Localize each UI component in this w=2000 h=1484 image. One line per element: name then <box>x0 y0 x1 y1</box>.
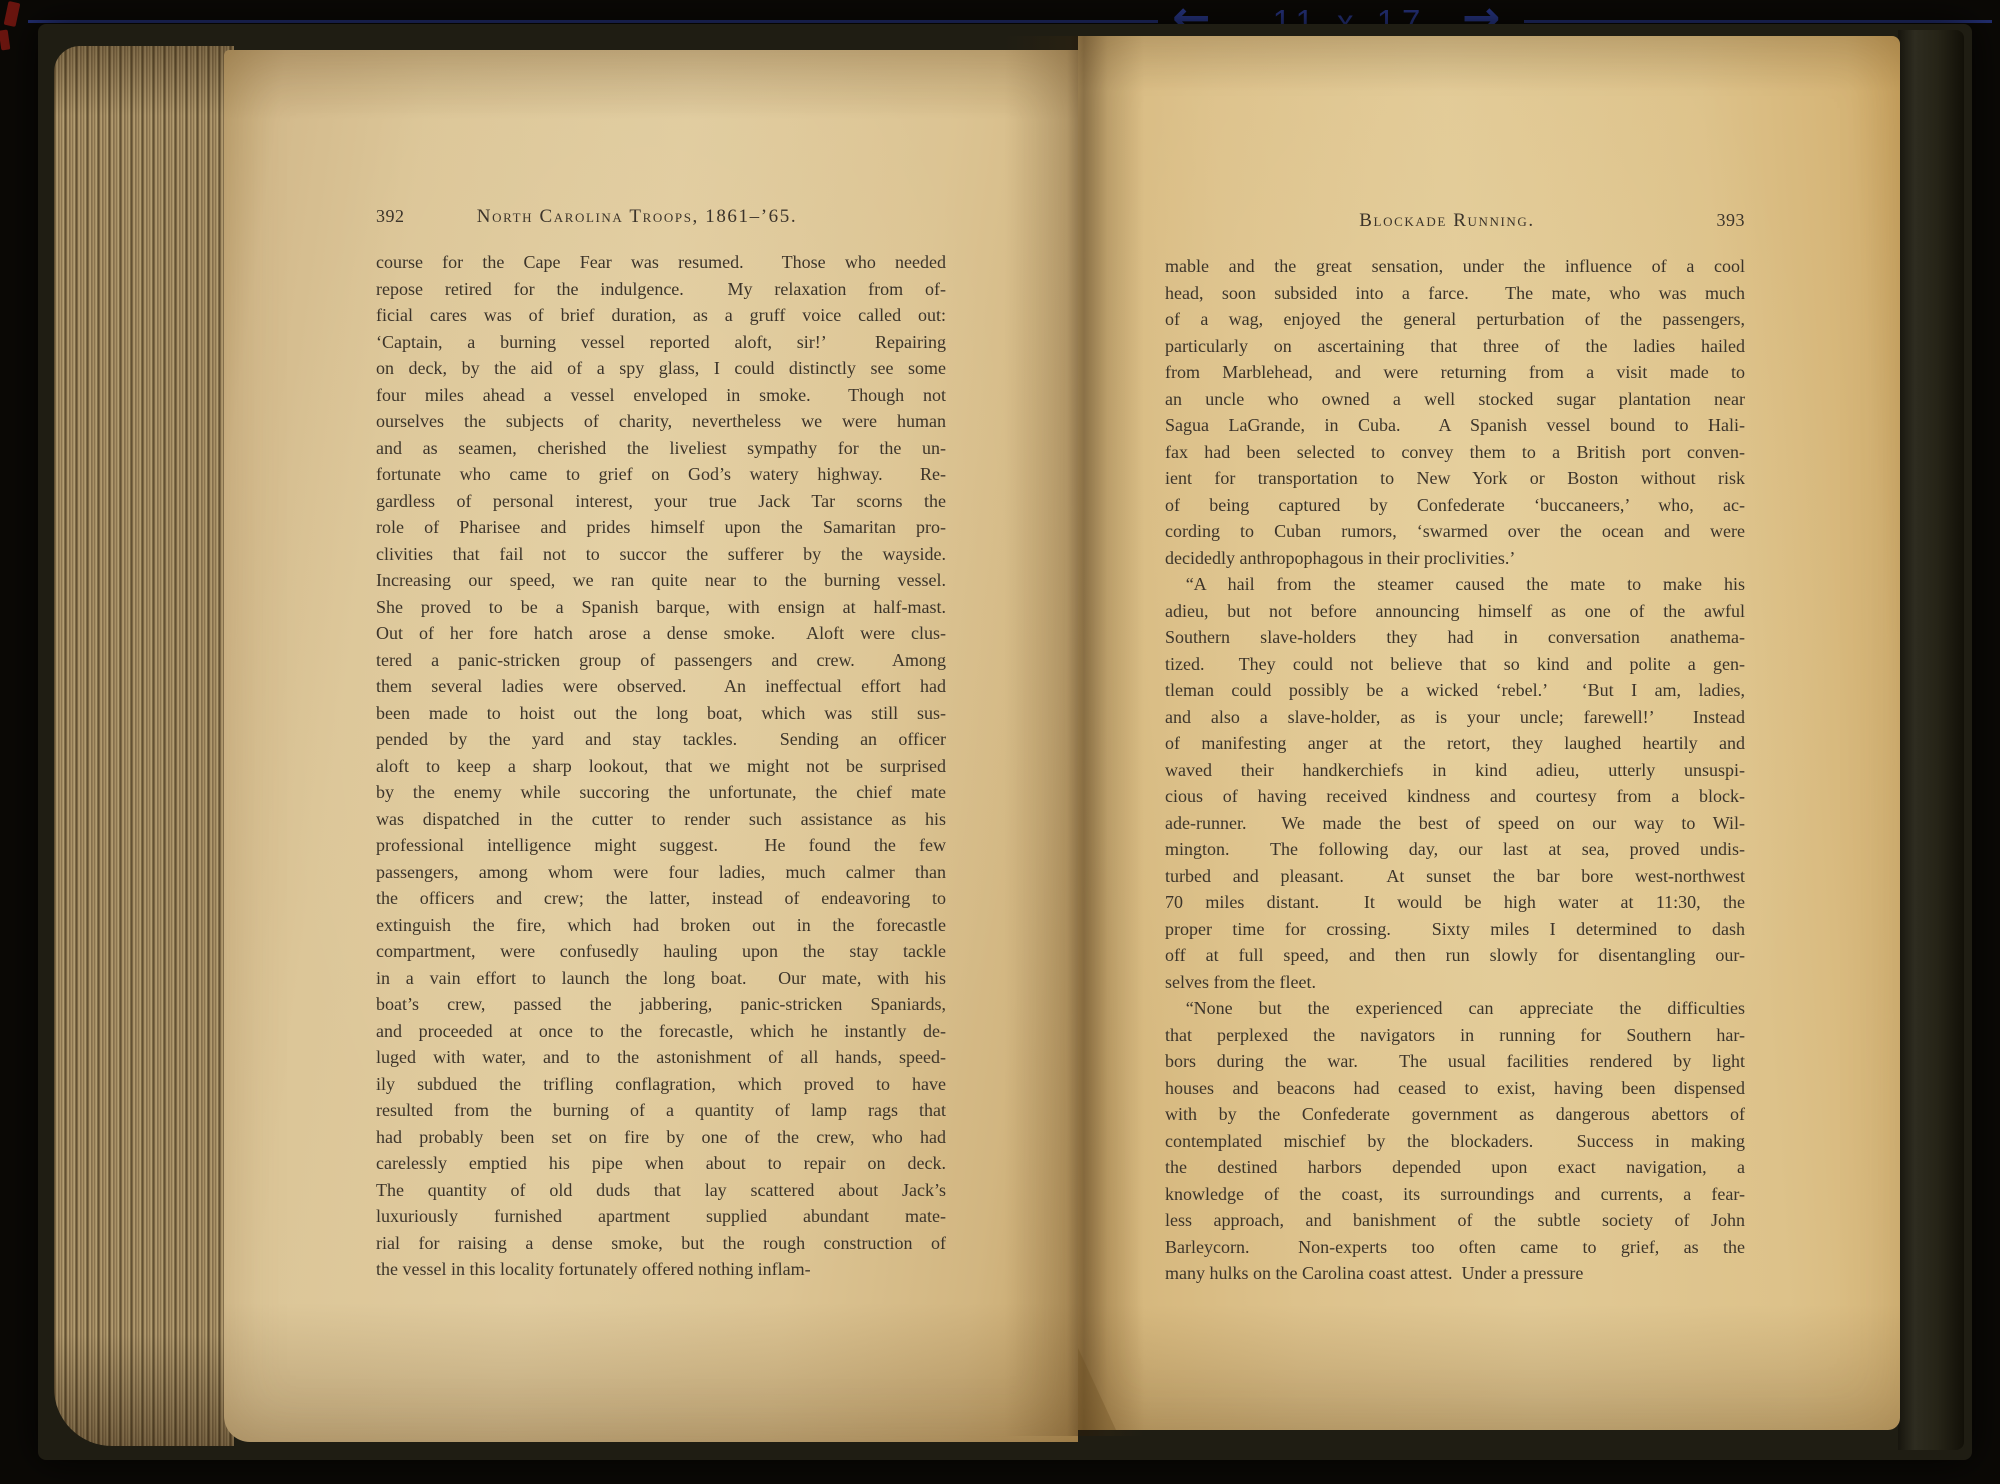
text-line: She proved to be a Spanish barque, with … <box>376 594 946 621</box>
text-line: ade-runner. We made the best of speed on… <box>1165 810 1745 837</box>
text-line: passengers, among whom were four ladies,… <box>376 859 946 886</box>
text-line: The quantity of old duds that lay scatte… <box>376 1177 946 1204</box>
text-line: mable and the great sensation, under the… <box>1165 253 1745 280</box>
text-line: ficial cares was of brief duration, as a… <box>376 302 946 329</box>
text-line: clivities that fail not to succor the su… <box>376 541 946 568</box>
text-line: less approach, and banishment of the sub… <box>1165 1207 1745 1234</box>
text-line: of a wag, enjoyed the general perturbati… <box>1165 306 1745 333</box>
text-line: mington. The following day, our last at … <box>1165 836 1745 863</box>
text-line: ily subdued the trifling conflagration, … <box>376 1071 946 1098</box>
scanner-ruler-line-right <box>1524 20 1992 23</box>
text-line: houses and beacons had ceased to exist, … <box>1165 1075 1745 1102</box>
text-line: course for the Cape Fear was resumed. Th… <box>376 249 946 276</box>
text-line: luged with water, and to the astonishmen… <box>376 1044 946 1071</box>
red-registration-mark <box>0 29 10 50</box>
text-line: Barleycorn. Non-experts too often came t… <box>1165 1234 1745 1261</box>
text-line: particularly on ascertaining that three … <box>1165 333 1745 360</box>
text-line: the destined harbors depended upon exact… <box>1165 1154 1745 1181</box>
text-line: Out of her fore hatch arose a dense smok… <box>376 620 946 647</box>
text-line: and as seamen, cherished the liveliest s… <box>376 435 946 462</box>
text-line: “A hail from the steamer caused the mate… <box>1165 571 1745 598</box>
text-line: extinguish the fire, which had broken ou… <box>376 912 946 939</box>
left-page-header: 392 North Carolina Troops, 1861–’65. <box>376 206 946 232</box>
text-line: resulted from the burning of a quantity … <box>376 1097 946 1124</box>
text-line: Increasing our speed, we ran quite near … <box>376 567 946 594</box>
text-line: gardless of personal interest, your true… <box>376 488 946 515</box>
text-line: knowledge of the coast, its surroundings… <box>1165 1181 1745 1208</box>
text-line: tized. They could not believe that so ki… <box>1165 651 1745 678</box>
text-line: the officers and crew; the latter, inste… <box>376 885 946 912</box>
text-line: ourselves the subjects of charity, never… <box>376 408 946 435</box>
text-line: 70 miles distant. It would be high water… <box>1165 889 1745 916</box>
text-line: four miles ahead a vessel enveloped in s… <box>376 382 946 409</box>
text-line: many hulks on the Carolina coast attest.… <box>1165 1260 1745 1287</box>
text-line: head, soon subsided into a farce. The ma… <box>1165 280 1745 307</box>
text-line: and proceeded at once to the forecastle,… <box>376 1018 946 1045</box>
text-line: Southern slave-holders they had in conve… <box>1165 624 1745 651</box>
text-line: on deck, by the aid of a spy glass, I co… <box>376 355 946 382</box>
paragraph: “None but the experienced can appreciate… <box>1165 995 1745 1287</box>
text-line: decidedly anthropophagous in their procl… <box>1165 545 1745 572</box>
text-line: tleman could possibly be a wicked ‘rebel… <box>1165 677 1745 704</box>
left-running-head: North Carolina Troops, 1861–’65. <box>352 206 922 228</box>
scanner-ruler-line-left <box>28 20 1158 23</box>
text-line: cious of having received kindness and co… <box>1165 783 1745 810</box>
text-line: tered a panic-stricken group of passenge… <box>376 647 946 674</box>
red-registration-mark <box>4 1 21 27</box>
text-line: fax had been selected to convey them to … <box>1165 439 1745 466</box>
text-line: with by the Confederate government as da… <box>1165 1101 1745 1128</box>
right-page-body: mable and the great sensation, under the… <box>1165 253 1745 1287</box>
right-page-header: Blockade Running. 393 <box>1165 210 1745 236</box>
text-line: bors during the war. The usual facilitie… <box>1165 1048 1745 1075</box>
text-line: an uncle who owned a well stocked sugar … <box>1165 386 1745 413</box>
text-line: waved their handkerchiefs in kind adieu,… <box>1165 757 1745 784</box>
text-line: proper time for crossing. Sixty miles I … <box>1165 916 1745 943</box>
text-line: contemplated mischief by the blockaders.… <box>1165 1128 1745 1155</box>
text-line: been made to hoist out the long boat, wh… <box>376 700 946 727</box>
left-page-body: course for the Cape Fear was resumed. Th… <box>376 249 946 1283</box>
text-line: the vessel in this locality fortunately … <box>376 1256 946 1283</box>
text-line: Sagua LaGrande, in Cuba. A Spanish vesse… <box>1165 412 1745 439</box>
text-line: them several ladies were observed. An in… <box>376 673 946 700</box>
page-stack-edges <box>54 46 234 1446</box>
text-line: of manifesting anger at the retort, they… <box>1165 730 1745 757</box>
text-line: professional intelligence might suggest.… <box>376 832 946 859</box>
text-line: in a vain effort to launch the long boat… <box>376 965 946 992</box>
paragraph: course for the Cape Fear was resumed. Th… <box>376 249 946 1283</box>
text-line: compartment, were confusedly hauling upo… <box>376 938 946 965</box>
text-line: ient for transportation to New York or B… <box>1165 465 1745 492</box>
text-line: cording to Cuban rumors, ‘swarmed over t… <box>1165 518 1745 545</box>
text-line: boat’s crew, passed the jabbering, panic… <box>376 991 946 1018</box>
text-line: of being captured by Confederate ‘buccan… <box>1165 492 1745 519</box>
text-line: selves from the fleet. <box>1165 969 1745 996</box>
text-line: that perplexed the navigators in running… <box>1165 1022 1745 1049</box>
text-line: pended by the yard and stay tackles. Sen… <box>376 726 946 753</box>
text-line: turbed and pleasant. At sunset the bar b… <box>1165 863 1745 890</box>
text-line: repose retired for the indulgence. My re… <box>376 276 946 303</box>
text-line: was dispatched in the cutter to render s… <box>376 806 946 833</box>
paragraph: mable and the great sensation, under the… <box>1165 253 1745 571</box>
text-line: role of Pharisee and prides himself upon… <box>376 514 946 541</box>
text-line: had probably been set on fire by one of … <box>376 1124 946 1151</box>
right-running-head: Blockade Running. <box>1157 210 1737 232</box>
text-line: aloft to keep a sharp lookout, that we m… <box>376 753 946 780</box>
text-line: off at full speed, and then run slowly f… <box>1165 942 1745 969</box>
scanned-book-page: { "colors":{ "bg":"#0b0906", "ruler_blue… <box>0 0 2000 1484</box>
book-cover-right-edge <box>1898 30 1964 1450</box>
text-line: by the enemy while succoring the unfortu… <box>376 779 946 806</box>
text-line: carelessly emptied his pipe when about t… <box>376 1150 946 1177</box>
text-line: ‘Captain, a burning vessel reported alof… <box>376 329 946 356</box>
text-line: adieu, but not before announcing himself… <box>1165 598 1745 625</box>
text-line: “None but the experienced can appreciate… <box>1165 995 1745 1022</box>
right-page-number: 393 <box>1717 210 1746 231</box>
text-line: fortunate who came to grief on God’s wat… <box>376 461 946 488</box>
text-line: and also a slave-holder, as is your uncl… <box>1165 704 1745 731</box>
text-line: from Marblehead, and were returning from… <box>1165 359 1745 386</box>
paragraph: “A hail from the steamer caused the mate… <box>1165 571 1745 995</box>
text-line: luxuriously furnished apartment supplied… <box>376 1203 946 1230</box>
text-line: rial for raising a dense smoke, but the … <box>376 1230 946 1257</box>
